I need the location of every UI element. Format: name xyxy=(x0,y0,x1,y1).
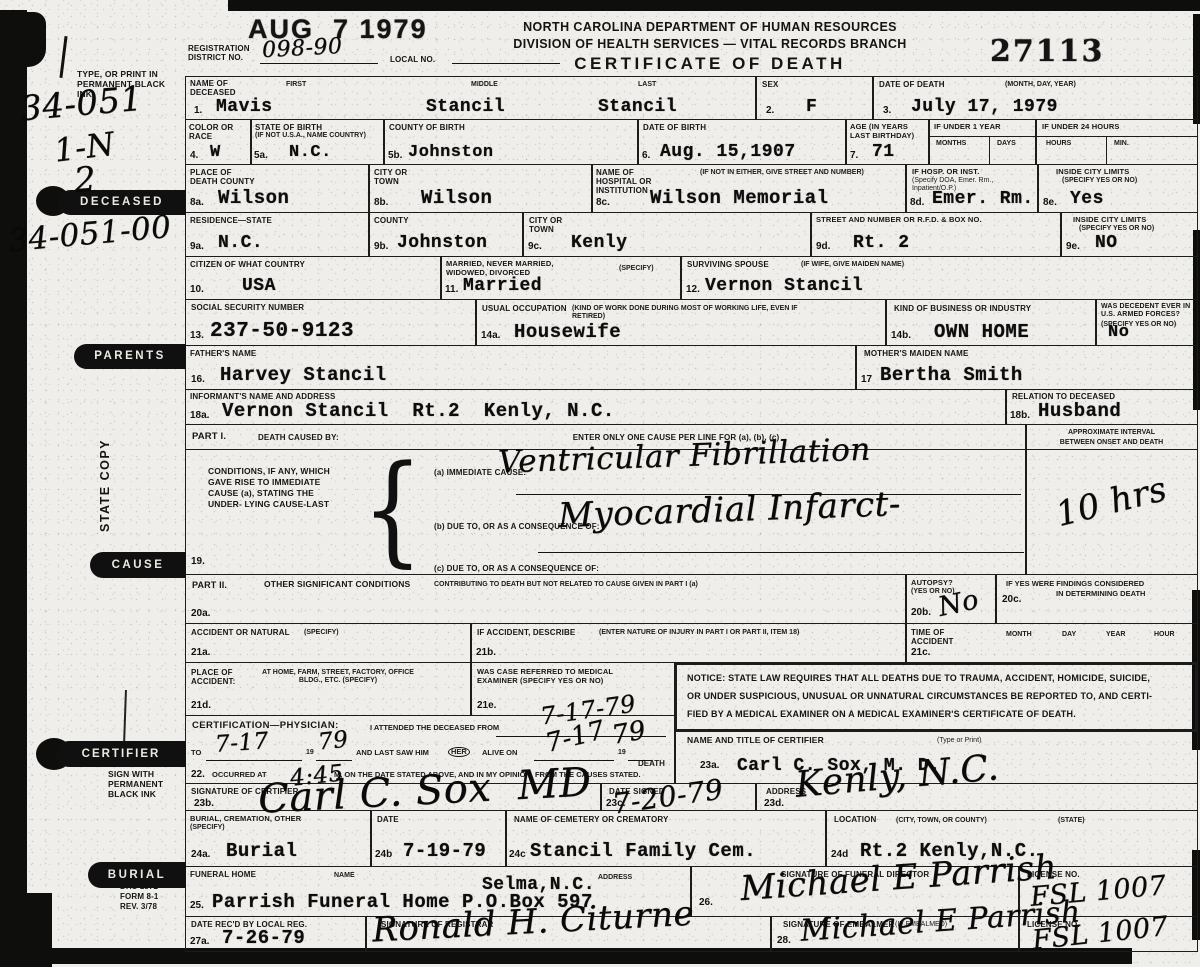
field-date-of-birth: DATE OF BIRTH 6. Aug. 15,1907 xyxy=(637,119,847,165)
value-cemetery: Stancil Family Cem. xyxy=(530,840,756,862)
field-number: 3. xyxy=(883,105,891,116)
value-residence-county: Johnston xyxy=(397,233,487,253)
field-name-of-deceased: NAME OF DECEASED FIRST MIDDLE LAST 1. Ma… xyxy=(185,76,757,120)
field-armed-forces: WAS DECEDENT EVER IN U.S. ARMED FORCES? … xyxy=(1095,299,1198,346)
field-label: DATE OF BIRTH xyxy=(643,123,706,132)
value-marital: Married xyxy=(463,276,542,296)
field-number: 21a. xyxy=(191,647,210,658)
value-age: 71 xyxy=(872,142,895,162)
field-number: 21e. xyxy=(477,700,496,711)
field-label: COUNTY xyxy=(374,216,409,225)
field-accident-or-natural: ACCIDENT OR NATURAL (SPECIFY) 21a. xyxy=(185,623,472,663)
registration-district-label: REGISTRATION DISTRICT NO. xyxy=(188,44,250,62)
value-sex: F xyxy=(806,97,817,117)
field-label: FUNERAL HOME xyxy=(190,870,256,879)
interval-label-2: BETWEEN ONSET AND DEATH xyxy=(1026,439,1197,447)
medical-examiner-notice: NOTICE: STATE LAW REQUIRES THAT ALL DEAT… xyxy=(674,662,1198,732)
field-label: ACCIDENT OR NATURAL xyxy=(191,628,290,637)
divider xyxy=(989,136,990,164)
field-label: KIND OF BUSINESS OR INDUSTRY xyxy=(894,304,1031,313)
value-county-of-birth: Johnston xyxy=(408,143,494,162)
city-town-county-sublabel: (CITY, TOWN, OR COUNTY) xyxy=(896,817,987,825)
field-number: 18a. xyxy=(190,410,209,421)
field-number: 17 xyxy=(861,374,872,385)
col-first: FIRST xyxy=(286,81,306,89)
alive-year-line xyxy=(628,746,652,761)
divider xyxy=(929,136,1036,137)
death-caused-by-label: DEATH CAUSED BY: xyxy=(258,433,339,442)
margin-tick xyxy=(59,36,67,78)
field-number-19: 19. xyxy=(191,556,205,567)
field-sublabel: (SPECIFY YES OR NO) xyxy=(1079,225,1154,233)
field-label: TIME OF ACCIDENT xyxy=(911,628,966,646)
col-days: DAYS xyxy=(997,140,1016,148)
death-certificate-scan: TYPE, OR PRINT IN PERMANENT BLACK INK 34… xyxy=(0,0,1200,967)
field-label: CITIZEN OF WHAT COUNTRY xyxy=(190,260,305,269)
field-number: 14a. xyxy=(481,330,500,341)
field-number: 8e. xyxy=(1043,197,1057,208)
field-label: WAS DECEDENT EVER IN U.S. ARMED FORCES? xyxy=(1101,303,1193,319)
value-date-of-death: July 17, 1979 xyxy=(911,97,1058,117)
field-label: COLOR OR RACE xyxy=(189,123,247,141)
field-sublabel: (SPECIFY YES OR NO) xyxy=(1062,177,1137,185)
interval-header: APPROXIMATE INTERVAL BETWEEN ONSET AND D… xyxy=(1025,424,1198,450)
field-sublabel: (IF NOT U.S.A., NAME COUNTRY) xyxy=(255,132,375,140)
registration-district-value: 098-90 xyxy=(261,34,343,63)
scan-edge-top xyxy=(228,0,1200,11)
field-sublabel: (IF WIFE, GIVE MAIDEN NAME) xyxy=(801,261,904,269)
other-conditions-label: OTHER SIGNIFICANT CONDITIONS xyxy=(264,580,410,590)
col-day: DAY xyxy=(1062,631,1076,639)
year-19-a: 19 xyxy=(306,749,314,757)
part2-label: PART II. xyxy=(192,580,227,590)
field-number: 10. xyxy=(190,284,204,295)
tab-cause: CAUSE xyxy=(90,552,186,578)
field-label: IF UNDER 24 HOURS xyxy=(1042,123,1120,132)
field-sublabel: (KIND OF WORK DONE DURING MOST OF WORKIN… xyxy=(572,305,812,320)
value-race: W xyxy=(210,143,221,162)
field-sublabel: AT HOME, FARM, STREET, FACTORY, OFFICE B… xyxy=(258,669,418,684)
field-number: 16. xyxy=(191,374,205,385)
field-state-of-birth: STATE OF BIRTH (IF NOT U.S.A., NAME COUN… xyxy=(250,119,385,165)
field-label: LOCATION xyxy=(834,815,876,824)
value-hospital: Wilson Memorial xyxy=(650,187,829,209)
field-label: CITY OR TOWN xyxy=(374,168,419,186)
field-findings: IF YES WERE FINDINGS CONSIDERED IN DETER… xyxy=(995,574,1198,624)
field-informant: INFORMANT'S NAME AND ADDRESS 18a. Vernon… xyxy=(185,389,1007,425)
value-if-hosp: Emer. Rm. xyxy=(932,189,1034,209)
value-armed-forces: No xyxy=(1108,323,1129,342)
field-number: 8c. xyxy=(596,197,610,208)
scan-blob-topleft xyxy=(0,12,46,67)
agency-line1: NORTH CAROLINA DEPARTMENT OF HUMAN RESOU… xyxy=(430,20,990,34)
value-to-year: 79 xyxy=(317,726,350,755)
field-number: 13. xyxy=(190,330,204,341)
field-label: STATE OF BIRTH xyxy=(255,123,322,132)
divider xyxy=(1036,136,1197,137)
value-business: OWN HOME xyxy=(934,321,1029,343)
field-sublabel: (Type or Print) xyxy=(937,737,981,745)
field-number: 9c. xyxy=(528,241,542,252)
field-number: 23d. xyxy=(764,798,784,809)
field-number: 9d. xyxy=(816,241,830,252)
field-label: PLACE OF DEATH COUNTY xyxy=(190,168,260,186)
col-hour: HOUR xyxy=(1154,631,1175,639)
col-month: MONTH xyxy=(1006,631,1032,639)
value-father: Harvey Stancil xyxy=(220,364,387,386)
alive-on-label: ALIVE ON xyxy=(482,749,517,757)
value-relation: Husband xyxy=(1038,400,1121,422)
field-number: 18b. xyxy=(1010,410,1030,421)
field-label: USUAL OCCUPATION xyxy=(482,304,567,313)
value-ssn: 237-50-9123 xyxy=(210,320,354,343)
field-number: 4. xyxy=(190,150,198,161)
field-label: MOTHER'S MAIDEN NAME xyxy=(864,349,968,358)
margin-crease xyxy=(123,690,127,745)
cause-b-line xyxy=(538,536,1024,553)
local-no-line xyxy=(452,47,560,64)
field-number: 21c. xyxy=(911,647,930,658)
value-informant: Vernon Stancil Rt.2 Kenly, N.C. xyxy=(222,400,615,422)
field-number: 24d xyxy=(831,849,848,860)
notice-line-2: OR UNDER SUSPICIOUS, UNUSUAL OR UNNATURA… xyxy=(687,691,1185,701)
value-date-received: 7-26-79 xyxy=(222,927,305,949)
other-conditions-sublabel: CONTRIBUTING TO DEATH BUT NOT RELATED TO… xyxy=(434,581,874,589)
value-occupation: Housewife xyxy=(514,321,621,343)
col-middle: MIDDLE xyxy=(471,81,498,89)
findings-label-2: IN DETERMINING DEATH xyxy=(1056,590,1145,598)
field-number: 24b xyxy=(375,849,392,860)
due-to-c-label: (c) DUE TO, OR AS A CONSEQUENCE OF: xyxy=(434,564,599,573)
field-number: 8a. xyxy=(190,197,204,208)
conditions-note: CONDITIONS, IF ANY, WHICH GAVE RISE TO I… xyxy=(208,466,336,510)
field-sublabel: (SPECIFY) xyxy=(190,824,225,832)
field-number: 9a. xyxy=(190,241,204,252)
margin-code-1: 34-051 xyxy=(18,79,144,130)
field-number: 24a. xyxy=(191,849,210,860)
field-label: INSIDE CITY LIMITS xyxy=(1073,216,1146,225)
field-label: NAME OF DECEASED xyxy=(190,79,260,97)
field-label: AUTOPSY? xyxy=(911,579,953,588)
field-label: MARRIED, NEVER MARRIED, WIDOWED, DIVORCE… xyxy=(446,260,596,277)
field-county-of-birth: COUNTY OF BIRTH 5b. Johnston xyxy=(383,119,639,165)
field-number: 26. xyxy=(699,897,713,908)
interval-label-1: APPROXIMATE INTERVAL xyxy=(1026,429,1197,437)
field-inside-city-limits-8e: INSIDE CITY LIMITS (SPECIFY YES OR NO) 8… xyxy=(1037,164,1198,213)
field-label: CITY OR TOWN xyxy=(529,216,574,234)
value-inside-city-9e: NO xyxy=(1095,233,1118,253)
field-date-of-death: DATE OF DEATH (MONTH, DAY, YEAR) 3. July… xyxy=(872,76,1198,120)
field-number: 9b. xyxy=(374,241,388,252)
field-residence-county: COUNTY 9b. Johnston xyxy=(368,212,524,257)
field-street-number: STREET AND NUMBER OR R.F.D. & BOX NO. 9d… xyxy=(810,212,1062,257)
col-min: MIN. xyxy=(1114,140,1129,148)
field-label: SOCIAL SECURITY NUMBER xyxy=(191,303,304,312)
form-id-line2: FORM 8-1 xyxy=(120,892,159,901)
field-label: NAME AND TITLE OF CERTIFIER xyxy=(687,736,824,746)
value-inside-city-8e: Yes xyxy=(1070,189,1104,209)
notice-line-1: NOTICE: STATE LAW REQUIRES THAT ALL DEAT… xyxy=(687,673,1185,683)
field-number: 1. xyxy=(194,105,202,116)
col-hours: HOURS xyxy=(1046,140,1071,148)
field-number: 23a. xyxy=(700,760,719,771)
field-number: 5b. xyxy=(388,150,402,161)
divider xyxy=(1106,136,1107,164)
field-number: 23b. xyxy=(194,798,214,809)
value-spouse: Vernon Stancil xyxy=(705,276,863,296)
field-number: 2. xyxy=(766,105,774,116)
field-label: COUNTY OF BIRTH xyxy=(389,123,465,132)
field-place-of-accident: PLACE OF ACCIDENT: AT HOME, FARM, STREET… xyxy=(185,662,472,716)
her-circled: HER xyxy=(448,747,470,757)
field-sublabel: (ENTER NATURE OF INJURY IN PART I OR PAR… xyxy=(599,629,889,637)
field-number: 20c. xyxy=(1002,594,1021,605)
field-sublabel: (IF NOT IN EITHER, GIVE STREET AND NUMBE… xyxy=(700,169,900,177)
tab-burial: BURIAL xyxy=(88,862,186,888)
last-saw-label: AND LAST SAW HIM xyxy=(356,749,429,757)
value-last-name: Stancil xyxy=(598,97,677,117)
findings-label-1: IF YES WERE FINDINGS CONSIDERED xyxy=(1006,580,1144,588)
scan-edge-left xyxy=(0,10,27,950)
field-ssn: SOCIAL SECURITY NUMBER 13. 237-50-9123 xyxy=(185,299,477,346)
field-marital-status: MARRIED, NEVER MARRIED, WIDOWED, DIVORCE… xyxy=(440,256,682,300)
field-label: SURVIVING SPOUSE xyxy=(687,260,769,269)
value-mother: Bertha Smith xyxy=(880,364,1023,386)
value-burial-type: Burial xyxy=(226,840,297,862)
state-copy-label: STATE COPY xyxy=(98,439,112,532)
death-label: DEATH xyxy=(638,760,665,769)
field-label: DATE OF DEATH xyxy=(879,80,945,89)
field-label: INSIDE CITY LIMITS xyxy=(1056,168,1129,177)
field-number: 9e. xyxy=(1066,241,1080,252)
field-label: AGE (IN YEARS LAST BIRTHDAY) xyxy=(850,123,924,140)
value-alive-year: 79 xyxy=(610,715,649,750)
field-number: 5a. xyxy=(254,150,268,161)
tab-certifier: CERTIFIER xyxy=(56,741,186,767)
field-label: NAME OF CEMETERY OR CREMATORY xyxy=(514,815,668,824)
value-date-of-birth: Aug. 15,1907 xyxy=(660,142,796,162)
state-sublabel: (STATE) xyxy=(1058,817,1085,825)
field-number: 21d. xyxy=(191,700,211,711)
field-number: 8b. xyxy=(374,197,388,208)
field-label: IF HOSP. OR INST. xyxy=(912,168,979,177)
field-if-under-24-hours: IF UNDER 24 HOURS HOURS MIN. xyxy=(1035,119,1198,165)
field-surviving-spouse: SURVIVING SPOUSE (IF WIFE, GIVE MAIDEN N… xyxy=(680,256,1198,300)
field-number: 27a. xyxy=(190,936,209,947)
field-number: 14b. xyxy=(891,330,911,341)
field-label: FATHER'S NAME xyxy=(190,349,256,358)
field-number: 20b. xyxy=(911,607,931,618)
field-label: IF UNDER 1 YEAR xyxy=(934,123,1001,132)
field-sublabel: (SPECIFY) xyxy=(304,629,339,637)
field-sublabel: (MONTH, DAY, YEAR) xyxy=(1005,81,1076,89)
value-to-date: 7-17 xyxy=(214,728,269,758)
field-date-received: DATE REC'D BY LOCAL REG. 27a. 7-26-79 xyxy=(185,916,367,952)
value-citizen: USA xyxy=(242,276,276,296)
field-number-22: 22. xyxy=(191,769,205,780)
form-id-line3: REV. 3/78 xyxy=(120,902,157,911)
field-occupation: USUAL OCCUPATION (KIND OF WORK DONE DURI… xyxy=(475,299,887,346)
field-label: WAS CASE REFERRED TO MEDICAL EXAMINER (S… xyxy=(477,668,652,685)
certificate-serial: 27113 xyxy=(990,34,1104,69)
field-if-hosp-or-inst: IF HOSP. OR INST. (Specify DOA, Emer. Rm… xyxy=(905,164,1039,213)
notice-line-3: FIED BY A MEDICAL EXAMINER ON A MEDICAL … xyxy=(687,709,1185,719)
field-inside-city-limits-9e: INSIDE CITY LIMITS (SPECIFY YES OR NO) 9… xyxy=(1060,212,1198,257)
field-number: 12. xyxy=(686,284,700,295)
field-label: IF ACCIDENT, DESCRIBE xyxy=(477,628,575,637)
col-last: LAST xyxy=(638,81,656,89)
value-residence-state: N.C. xyxy=(218,233,263,253)
value-death-county: Wilson xyxy=(218,187,289,209)
col-months: MONTHS xyxy=(936,140,966,148)
year-19-b: 19 xyxy=(618,749,626,757)
field-label: RESIDENCE—STATE xyxy=(190,216,272,225)
value-street: Rt. 2 xyxy=(853,233,910,253)
field-number: 11. xyxy=(445,284,458,295)
field-time-of-accident: TIME OF ACCIDENT 21c. MONTH DAY YEAR HOU… xyxy=(905,623,1198,663)
field-age: AGE (IN YEARS LAST BIRTHDAY) 7. 71 xyxy=(845,119,930,165)
sign-ink-note: SIGN WITH PERMANENT BLACK INK xyxy=(108,770,186,799)
field-sex: SEX 2. F xyxy=(755,76,874,120)
field-number-20a: 20a. xyxy=(191,608,210,619)
tab-parents: PARENTS xyxy=(74,344,186,369)
value-first-name: Mavis xyxy=(216,97,273,117)
field-hospital: NAME OF HOSPITAL OR INSTITUTION (IF NOT … xyxy=(591,164,907,213)
value-burial-date: 7-19-79 xyxy=(403,840,486,862)
field-sublabel: (SPECIFY) xyxy=(619,265,654,273)
field-number: 24c xyxy=(509,849,526,860)
value-middle-name: Stancil xyxy=(426,97,505,117)
local-no-label: LOCAL NO. xyxy=(390,55,435,64)
field-number: 6. xyxy=(642,150,650,161)
to-label: TO xyxy=(191,749,201,757)
field-if-accident-describe: IF ACCIDENT, DESCRIBE (ENTER NATURE OF I… xyxy=(470,623,907,663)
field-if-under-1-year: IF UNDER 1 YEAR MONTHS DAYS xyxy=(928,119,1037,165)
address-sublabel: ADDRESS xyxy=(598,874,632,882)
field-burial-date: DATE 24b 7-19-79 xyxy=(370,810,507,867)
brace: { xyxy=(362,428,423,591)
field-number: 7. xyxy=(850,150,858,161)
field-business: KIND OF BUSINESS OR INDUSTRY 14b. OWN HO… xyxy=(885,299,1097,346)
field-citizen: CITIZEN OF WHAT COUNTRY 10. USA xyxy=(185,256,442,300)
field-number: 21b. xyxy=(476,647,496,658)
name-sublabel: NAME xyxy=(334,872,355,880)
field-label: STREET AND NUMBER OR R.F.D. & BOX NO. xyxy=(816,216,1056,225)
field-number: 28. xyxy=(777,935,791,946)
field-number: 25. xyxy=(190,900,204,911)
part1-label: PART I. xyxy=(192,432,226,443)
field-father-name: FATHER'S NAME 16. Harvey Stancil xyxy=(185,345,857,390)
field-color-or-race: COLOR OR RACE 4. W xyxy=(185,119,252,165)
field-label: DATE xyxy=(377,815,399,824)
field-cemetery: NAME OF CEMETERY OR CREMATORY 24c Stanci… xyxy=(505,810,827,867)
col-year: YEAR xyxy=(1106,631,1125,639)
part2-section: PART II. OTHER SIGNIFICANT CONDITIONS CO… xyxy=(185,574,907,624)
field-label: SEX xyxy=(762,80,778,89)
margin-code-4: 34-051-00 xyxy=(7,209,173,259)
field-mother-name: MOTHER'S MAIDEN NAME 17 Bertha Smith xyxy=(855,345,1198,390)
field-label: PLACE OF ACCIDENT: xyxy=(191,668,251,686)
field-relation: RELATION TO DECEASED 18b. Husband xyxy=(1005,389,1198,425)
field-residence-state: RESIDENCE—STATE 9a. N.C. xyxy=(185,212,370,257)
value-residence-city: Kenly xyxy=(571,233,628,253)
field-number: 8d. xyxy=(910,197,924,208)
margin-code-3: 2 xyxy=(73,159,98,200)
field-death-city: CITY OR TOWN 8b. Wilson xyxy=(368,164,593,213)
value-state-of-birth: N.C. xyxy=(289,143,332,162)
value-death-city: Wilson xyxy=(421,187,492,209)
field-residence-city: CITY OR TOWN 9c. Kenly xyxy=(522,212,812,257)
field-place-of-death-county: PLACE OF DEATH COUNTY 8a. Wilson xyxy=(185,164,370,213)
attended-from-label: I ATTENDED THE DECEASED FROM xyxy=(370,724,499,732)
